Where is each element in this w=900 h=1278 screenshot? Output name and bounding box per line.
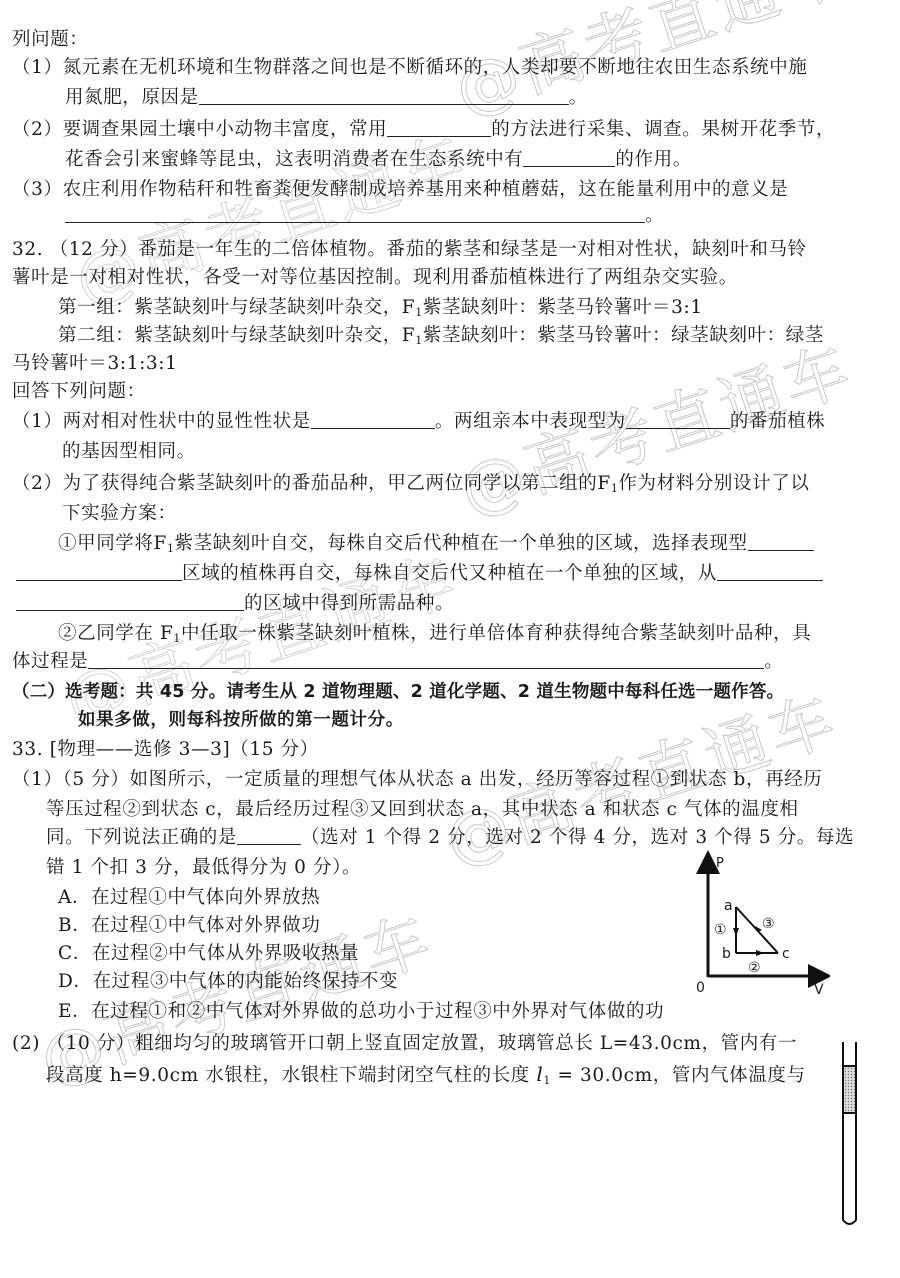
q31-part1-line2: 用氮肥，原因是。 bbox=[65, 86, 588, 110]
q32-stem-line1: 32. （12 分）番茄是一年生的二倍体植物。番茄的紫茎和绿茎是一对相对性状，缺… bbox=[12, 238, 807, 262]
option-e[interactable]: E．在过程①和②中气体对外界做的总功小于过程③中外界对气体做的功 bbox=[58, 1000, 664, 1024]
q32-sub2-line2: 下实验方案： bbox=[62, 502, 177, 526]
method-text: 中任取一株紫茎缺刻叶植株，进行单倍体育种获得纯合紫茎缺刻叶品种，具 bbox=[181, 623, 811, 644]
group-text: 紫茎缺刻叶：紫茎马铃薯叶：绿茎缺刻叶：绿茎 bbox=[423, 325, 824, 346]
answer-blank[interactable] bbox=[748, 532, 814, 551]
method-text: 的区域中得到所需品种。 bbox=[244, 593, 454, 614]
method-text: ①甲同学将F bbox=[58, 533, 167, 554]
q33-part1-line1: （1）（5 分）如图所示，一定质量的理想气体从状态 a 出发，经历等容过程①到状… bbox=[12, 768, 822, 792]
subscript: 1 bbox=[415, 334, 423, 347]
q31-part3-line2: 。 bbox=[65, 204, 664, 228]
q33-text: 同。下列说法正确的是 bbox=[46, 827, 237, 848]
q31-part2-text: 的作用。 bbox=[615, 149, 691, 170]
answer-blank[interactable] bbox=[88, 650, 764, 669]
pv-axis-p-label: P bbox=[716, 852, 724, 876]
q31-part2-text: （2）要调查果园土壤中小动物丰富度，常用 bbox=[12, 119, 387, 140]
q32-group1: 第一组：紫茎缺刻叶与绿茎缺刻叶杂交，F1紫茎缺刻叶：紫茎马铃薯叶＝3:1 bbox=[58, 296, 703, 325]
pv-point-b: b bbox=[722, 942, 732, 966]
q32-method2-line1: ②乙同学在 F1中任取一株紫茎缺刻叶植株，进行单倍体育种获得纯合紫茎缺刻叶品种，… bbox=[58, 622, 811, 651]
sub1-text: 的番茄植株 bbox=[730, 411, 826, 432]
pv-diagram: P V 0 a b c ① ② ③ bbox=[670, 850, 830, 1000]
answer-blank[interactable] bbox=[311, 410, 435, 429]
subscript: 1 bbox=[173, 632, 181, 645]
answer-blank[interactable] bbox=[717, 562, 823, 581]
sub1-text: 。两组亲本中表现型为 bbox=[435, 411, 626, 432]
q32-sub1-line2: 的基因型相同。 bbox=[62, 440, 196, 464]
answer-blank[interactable] bbox=[237, 826, 301, 845]
q32-group2: 第二组：紫茎缺刻叶与绿茎缺刻叶杂交，F1紫茎缺刻叶：紫茎马铃薯叶：绿茎缺刻叶：绿… bbox=[58, 324, 824, 353]
q33-part2-line1: (2) （10 分）粗细均匀的玻璃管开口朝上竖直固定放置，玻璃管总长 L=43.… bbox=[12, 1032, 797, 1056]
method-text: 区域的植株再自交，每株自交后代又种植在一个单独的区域，从 bbox=[182, 563, 717, 584]
q32-method1-line1: ①甲同学将F1紫茎缺刻叶自交，每株自交后代种植在一个单独的区域，选择表现型 bbox=[58, 532, 814, 561]
subscript: 1 bbox=[415, 306, 423, 319]
q31-part1-prompt: 用氮肥，原因是 bbox=[65, 87, 199, 108]
q32-stem-line2: 薯叶是一对相对性状，各受一对等位基因控制。现利用番茄植株进行了两组杂交实验。 bbox=[12, 266, 738, 290]
punct: 。 bbox=[569, 87, 588, 108]
q31-part2-text: 花香会引来蜜蜂等昆虫，这表明消费者在生态系统中有 bbox=[65, 149, 523, 170]
pv-process-2: ② bbox=[748, 956, 761, 980]
q31-part2-line2: 花香会引来蜜蜂等昆虫，这表明消费者在生态系统中有的作用。 bbox=[65, 148, 692, 172]
option-a[interactable]: A．在过程①中气体向外界放热 bbox=[58, 886, 320, 910]
glass-tube-figure bbox=[838, 1040, 860, 1230]
pv-process-1: ① bbox=[714, 918, 727, 942]
answer-blank[interactable] bbox=[16, 562, 182, 581]
answer-blank[interactable] bbox=[626, 410, 730, 429]
q33-part2-line2: 段高度 h=9.0cm 水银柱，水银柱下端封闭空气柱的长度 l1 = 30.0c… bbox=[46, 1062, 806, 1093]
q33-part1-line2: 等压过程②到状态 c，最后经历过程③又回到状态 a，其中状态 a 和状态 c 气… bbox=[46, 798, 799, 822]
answer-blank[interactable] bbox=[387, 118, 491, 137]
method-text: ②乙同学在 F bbox=[58, 623, 173, 644]
group-text: 第二组：紫茎缺刻叶与绿茎缺刻叶杂交，F bbox=[58, 325, 415, 346]
section-heading-optional-line2: 如果多做，则每科按所做的第一题计分。 bbox=[78, 708, 404, 732]
q32-sub2-line1: （2）为了获得纯合紫茎缺刻叶的番茄品种，甲乙两位同学以第二组的F1作为材料分别设… bbox=[12, 472, 809, 501]
pv-origin-label: 0 bbox=[696, 976, 706, 1000]
q32-sub1-line1: （1）两对相对性状中的显性性状是。两组亲本中表现型为的番茄植株 bbox=[12, 410, 825, 434]
q31-part3-line1: （3）农庄利用作物秸秆和牲畜粪便发酵制成培养基用来种植蘑菇，这在能量利用中的意义… bbox=[12, 178, 788, 202]
q33-text: = 30.0cm，管内气体温度与 bbox=[551, 1065, 806, 1086]
q31-part1-line1: （1）氮元素在无机环境和生物群落之间也是不断循环的，人类却要不断地往农田生态系统… bbox=[12, 56, 807, 80]
q31-part2-line1: （2）要调查果园土壤中小动物丰富度，常用的方法进行采集、调查。果树开花季节， bbox=[12, 118, 835, 142]
method-text: 紫茎缺刻叶自交，每株自交后代种植在一个单独的区域，选择表现型 bbox=[175, 533, 748, 554]
group-text: 第一组：紫茎缺刻叶与绿茎缺刻叶杂交，F bbox=[58, 297, 415, 318]
q31-part2-text: 的方法进行采集、调查。果树开花季节， bbox=[491, 119, 835, 140]
pv-axis-v-label: V bbox=[814, 978, 824, 1002]
section-heading-optional: （二）选考题：共 45 分。请考生从 2 道物理题、2 道化学题、2 道生物题中… bbox=[12, 680, 784, 704]
glass-tube-graphic bbox=[838, 1040, 860, 1230]
punct: 。 bbox=[764, 651, 783, 672]
q33-part1-line3: 同。下列说法正确的是（选对 1 个得 2 分，选对 2 个得 4 分，选对 3 … bbox=[46, 826, 854, 850]
q31-intro: 列问题： bbox=[12, 28, 88, 52]
q32-ask: 回答下列问题： bbox=[12, 380, 146, 404]
pv-point-c: c bbox=[782, 942, 790, 966]
pv-process-3: ③ bbox=[762, 912, 775, 936]
sub1-text: （1）两对相对性状中的显性性状是 bbox=[12, 411, 311, 432]
mercury-column bbox=[843, 1066, 856, 1113]
sub2-text: （2）为了获得纯合紫茎缺刻叶的番茄品种，甲乙两位同学以第二组的F bbox=[12, 473, 611, 494]
subscript: 1 bbox=[167, 542, 175, 555]
answer-blank[interactable] bbox=[65, 204, 645, 223]
q33-text: 段高度 h=9.0cm 水银柱，水银柱下端封闭空气柱的长度 bbox=[46, 1065, 536, 1086]
option-c[interactable]: C．在过程②中气体从外界吸收热量 bbox=[58, 942, 359, 966]
answer-blank[interactable] bbox=[16, 592, 244, 611]
punct: 。 bbox=[645, 205, 664, 226]
q32-method2-line2: 体过程是。 bbox=[12, 650, 784, 674]
q32-group2-cont: 马铃薯叶＝3:1:3:1 bbox=[12, 352, 177, 376]
group-text: 紫茎缺刻叶：紫茎马铃薯叶＝3:1 bbox=[423, 297, 703, 318]
option-b[interactable]: B．在过程①中气体对外界做功 bbox=[58, 914, 321, 938]
q33-text: （选对 1 个得 2 分，选对 2 个得 4 分，选对 3 个得 5 分。每选 bbox=[301, 827, 854, 848]
option-d[interactable]: D．在过程③中气体的内能始终保持不变 bbox=[58, 970, 398, 994]
sub2-text: 作为材料分别设计了以 bbox=[618, 473, 809, 494]
q33-part1-line4: 错 1 个扣 3 分，最低得分为 0 分）。 bbox=[46, 856, 361, 880]
pv-point-a: a bbox=[724, 894, 733, 918]
subscript: 1 bbox=[543, 1074, 551, 1087]
answer-blank[interactable] bbox=[523, 148, 615, 167]
q33-heading: 33. [物理——选修 3—3]（15 分） bbox=[12, 738, 319, 762]
method-text: 体过程是 bbox=[12, 651, 88, 672]
answer-blank[interactable] bbox=[199, 86, 569, 105]
q32-method1-line2: 区域的植株再自交，每株自交后代又种植在一个单独的区域，从 bbox=[16, 562, 823, 586]
q32-method1-line3: 的区域中得到所需品种。 bbox=[16, 592, 454, 616]
